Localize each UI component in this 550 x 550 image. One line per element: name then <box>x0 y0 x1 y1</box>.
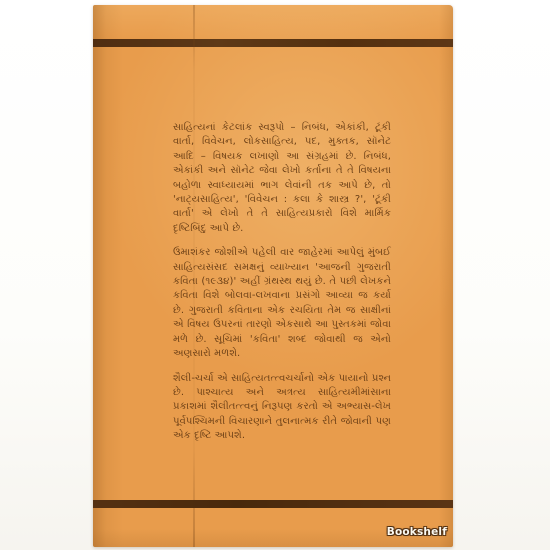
blurb-text-block: સાહિત્યનાં કેટલાંક સ્વરૂપો – નિબંધ, એકાં… <box>173 121 391 454</box>
blurb-paragraph-1: સાહિત્યનાં કેટલાંક સ્વરૂપો – નિબંધ, એકાં… <box>173 121 391 236</box>
blurb-paragraph-3: શૈલી-ચર્ચા એ સાહિત્યતત્ત્વચર્ચાનો એક પાય… <box>173 372 391 444</box>
bookshelf-watermark: Bookshelf <box>387 526 447 538</box>
bottom-rule <box>93 500 453 508</box>
blurb-paragraph-2: ઉમાશંકર જોશીએ પહેલી વાર જાહેરમાં આપેલું … <box>173 246 391 361</box>
book-back-cover: સાહિત્યનાં કેટલાંક સ્વરૂપો – નિબંધ, એકાં… <box>93 5 453 547</box>
top-rule <box>93 39 453 47</box>
book-photo: સાહિત્યનાં કેટલાંક સ્વરૂપો – નિબંધ, એકાં… <box>0 0 550 550</box>
